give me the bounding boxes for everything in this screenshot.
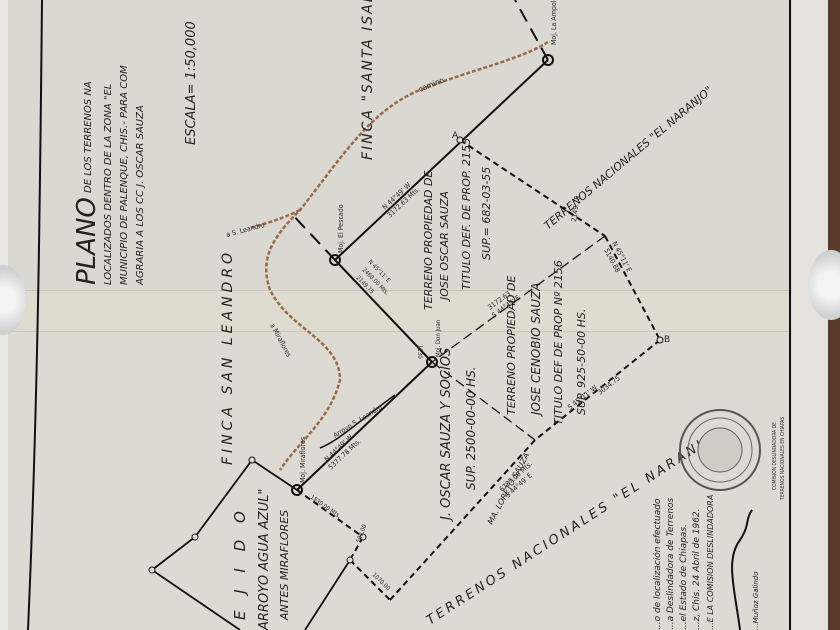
svg-text:JOSE CENOBIO SAUZA: JOSE CENOBIO SAUZA bbox=[529, 283, 543, 417]
svg-text:TITULO DEF DE PROP Nº 2156: TITULO DEF DE PROP Nº 2156 bbox=[552, 260, 565, 425]
label-finca-san-leandro: FINCA SAN LEANDRO bbox=[220, 249, 236, 465]
label-moj-miraflores: Moj. Miraflores bbox=[299, 437, 307, 483]
boundary-east-b bbox=[605, 236, 660, 340]
boundary-south-long bbox=[390, 440, 535, 600]
svg-text:...z, Chis. 24 Abril de 1962.: ...z, Chis. 24 Abril de 1962. bbox=[692, 508, 702, 630]
svg-text:SUP.= 682-03-55: SUP.= 682-03-55 bbox=[480, 167, 493, 260]
title-block: PLANO DE LOS TERRENOS NA LOCALIZADOS DEN… bbox=[72, 21, 199, 286]
ejido-boundary-south bbox=[305, 560, 350, 630]
ejido-boundary bbox=[152, 460, 297, 630]
svg-text:...E LA COMISION DESLINDADORA: ...E LA COMISION DESLINDADORA bbox=[706, 495, 715, 630]
label-moj-don-juan: Moj. Don Juan bbox=[435, 320, 442, 357]
label-ejido-antes: ANTES MIRAFLORES bbox=[278, 510, 291, 621]
svg-text:TERRENO PROPIEDAD DE: TERRENO PROPIEDAD DE bbox=[422, 171, 435, 310]
label-arroyo: Arroyo S. Leandro bbox=[332, 403, 384, 440]
label-finca-santa-isabel: FINCA "SANTA ISABEL" bbox=[360, 0, 376, 160]
label-ejido: E J I D O bbox=[231, 505, 249, 620]
label-s-leandro: a S. Leandro bbox=[225, 221, 265, 239]
svg-text:1830.00 Mts.: 1830.00 Mts. bbox=[309, 494, 342, 520]
svg-text:1230: 1230 bbox=[416, 345, 423, 359]
scale-label: ESCALA= 1:50,000 bbox=[184, 21, 199, 145]
label-point-b: B bbox=[664, 335, 670, 345]
title-heading: PLANO bbox=[72, 197, 102, 285]
signature bbox=[732, 510, 752, 630]
stamp-side-line1: COMISION DESLINDADORA DE bbox=[772, 422, 778, 490]
certification-block: ...o de localización efectuado ...a Desl… bbox=[652, 495, 760, 630]
signer-name: ...Muñoz Galindo bbox=[752, 571, 760, 630]
svg-text:500.00: 500.00 bbox=[355, 523, 368, 544]
svg-text:...el Estado de Chiapas.: ...el Estado de Chiapas. bbox=[679, 524, 689, 630]
label-point-a: A bbox=[452, 131, 459, 141]
title-line1: DE LOS TERRENOS NA bbox=[83, 81, 94, 193]
label-a-miraflores: a Miraflores bbox=[268, 322, 292, 358]
label-moj-el-pescado: Moj. El Pescado bbox=[337, 204, 345, 253]
svg-text:1070.00: 1070.00 bbox=[371, 571, 392, 592]
parcel-jose-oscar: TERRENO PROPIEDAD DE JOSE OSCAR SAUZA TI… bbox=[422, 138, 493, 310]
survey-map: PLANO DE LOS TERRENOS NA LOCALIZADOS DEN… bbox=[0, 0, 840, 630]
svg-text:...a Deslindadora de Terrenos: ...a Deslindadora de Terrenos bbox=[666, 497, 676, 630]
boundary-donjuan-miraflores bbox=[297, 362, 432, 490]
svg-text:JOSE OSCAR SAUZA: JOSE OSCAR SAUZA bbox=[438, 191, 451, 302]
svg-text:TITULO DEF. DE PROP. 2155: TITULO DEF. DE PROP. 2155 bbox=[460, 138, 473, 290]
boundary-pescado-north bbox=[290, 212, 335, 260]
map-border-left bbox=[28, 0, 42, 630]
label-terrenos-top: TERRENOS NACIONALES "EL NARANJO" bbox=[542, 84, 716, 233]
label-moj-la-ampola: Moj. La Ampola bbox=[550, 0, 558, 45]
label-camino: camino bbox=[417, 75, 445, 93]
title-line2: LOCALIZADOS DENTRO DE LA ZONA "EL bbox=[103, 84, 114, 285]
svg-text:...o de localización efectuado: ...o de localización efectuado bbox=[652, 498, 663, 630]
title-line3: MUNICIPIO DE PALENQUE, CHIS.- PARA COM bbox=[119, 65, 130, 285]
svg-text:3034.75: 3034.75 bbox=[596, 374, 621, 396]
title-line4: AGRARIA A LOS CC J. OSCAR SAUZA bbox=[135, 105, 146, 286]
label-ejido-arroyo: ARROYO AGUA AZUL" bbox=[257, 489, 272, 630]
stamp-side-line2: TERRENOS NACIONALES EN CHIAPAS bbox=[780, 417, 786, 501]
svg-text:J. OSCAR SAUZA Y SOCIOS: J. OSCAR SAUZA Y SOCIOS bbox=[439, 348, 454, 523]
svg-text:SUP. 2500-00-00 HS.: SUP. 2500-00-00 HS. bbox=[464, 366, 478, 490]
